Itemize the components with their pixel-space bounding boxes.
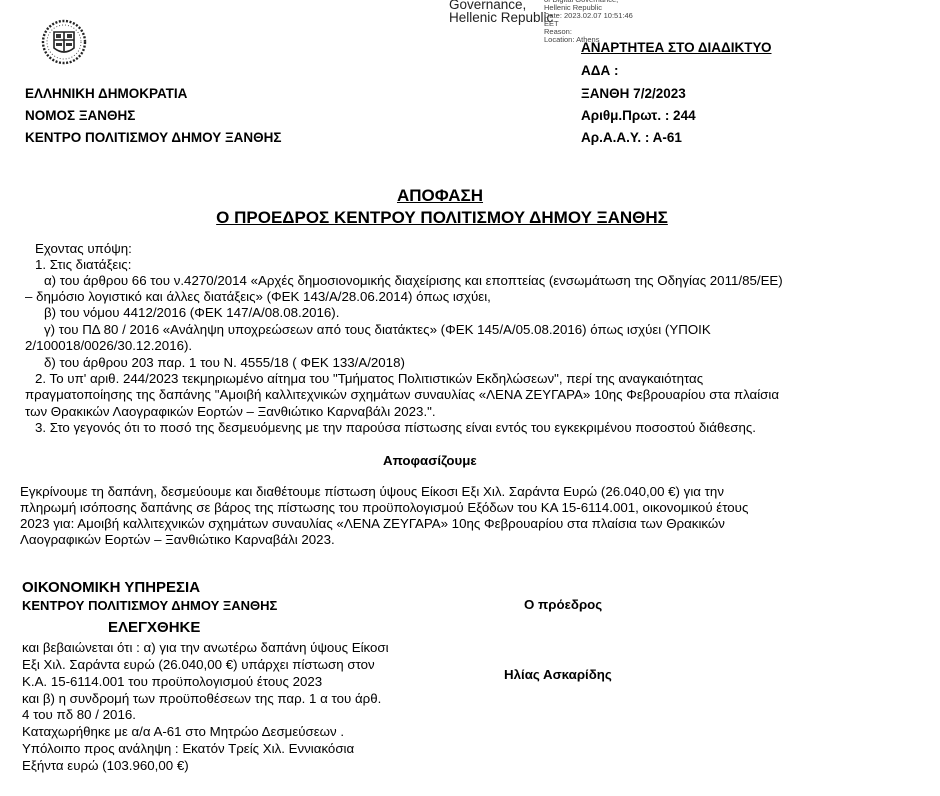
decision-line: 2023 για: Αμοιβή καλλιτεχνικών σχημάτων … (20, 516, 725, 531)
consideration-item: α) του άρθρου 66 του ν.4270/2014 «Αρχές … (44, 273, 783, 288)
stamp-issuer-line: Hellenic Republic (449, 11, 553, 24)
decision-line: Λαογραφικών Εορτών – Ξανθιώτικο Καρναβάλ… (20, 532, 335, 547)
aay-number: Αρ.Α.Α.Υ. : Α-61 (581, 130, 682, 145)
greek-state-emblem-icon (40, 18, 88, 66)
signature-stamp: Governance, Hellenic Republic (449, 0, 553, 24)
decision-line: Εγκρίνουμε τη δαπάνη, δεσμεύουμε και δια… (20, 484, 724, 499)
header-prefecture: ΝΟΜΟΣ ΞΑΝΘΗΣ (25, 108, 135, 123)
checked-label: ΕΛΕΓΧΘΗΚΕ (108, 619, 200, 636)
signature-details: of Digital Governance, Hellenic Republic… (544, 0, 633, 44)
consideration-item: 1. Στις διατάξεις: (35, 257, 131, 272)
signatory-role: Ο πρόεδρος (524, 597, 602, 612)
attestation-line: και βεβαιώνεται ότι : α) για την ανωτέρω… (22, 640, 389, 655)
ada-field: ΑΔΑ : (581, 63, 618, 78)
header-organization: ΚΕΝΤΡΟ ΠΟΛΙΤΙΣΜΟΥ ΔΗΜΟΥ ΞΑΝΘΗΣ (25, 130, 282, 145)
considerations-intro: Εχοντας υπόψη: (35, 241, 132, 256)
consideration-item: 2/100018/0026/30.12.2016). (25, 338, 192, 353)
consideration-item: δ) του άρθρου 203 παρ. 1 του Ν. 4555/18 … (44, 355, 405, 370)
attestation-line: 4 του πδ 80 / 2016. (22, 707, 136, 722)
decision-line: πληρωμή ισόποσης δαπάνης σε βάρος της πί… (20, 500, 748, 515)
signatory-name: Ηλίας Ασκαρίδης (504, 667, 612, 682)
attestation-line: Εξι Χιλ. Σαράντα ευρώ (26.040,00 €) υπάρ… (22, 657, 375, 672)
consideration-item: των Θρακικών Λαογραφικών Εορτών – Ξανθιώ… (25, 404, 436, 419)
finance-service-title: ΟΙΚΟΝΟΜΙΚΗ ΥΠΗΡΕΣΙΑ (22, 579, 200, 596)
consideration-item: γ) του ΠΔ 80 / 2016 «Ανάληψη υποχρεώσεων… (44, 322, 711, 337)
place-date: ΞΑΝΘΗ 7/2/2023 (581, 86, 686, 101)
attestation-line: Εξήντα ευρώ (103.960,00 €) (22, 758, 189, 773)
attestation-line: Υπόλοιπο προς ανάληψη : Εκατόν Τρείς Χιλ… (22, 741, 354, 756)
consideration-item: 2. Το υπ' αριθ. 244/2023 τεκμηριωμένο αί… (35, 371, 703, 386)
posting-notice: ΑΝΑΡΤΗΤΕΑ ΣΤΟ ΔΙΑΔΙΚΤΥΟ (581, 40, 772, 55)
finance-service-org: ΚΕΝΤΡΟΥ ΠΟΛΙΤΙΣΜΟΥ ΔΗΜΟΥ ΞΑΝΘΗΣ (22, 598, 277, 613)
consideration-item: – δημόσιο λογιστικό και άλλες διατάξεις»… (25, 289, 491, 304)
attestation-line: Καταχωρήθηκε με α/α Α-61 στο Μητρώο Δεσμ… (22, 724, 344, 739)
header-republic: ΕΛΛΗΝΙΚΗ ΔΗΜΟΚΡΑΤΙΑ (25, 86, 187, 101)
protocol-number: Αριθμ.Πρωτ. : 244 (581, 108, 696, 123)
decision-subtitle: Ο ΠΡΟΕΔΡΟΣ ΚΕΝΤΡΟΥ ΠΟΛΙΤΙΣΜΟΥ ΔΗΜΟΥ ΞΑΝΘ… (0, 208, 884, 228)
consideration-item: πραγματοποίησης της δαπάνης "Αμοιβή καλλ… (25, 387, 779, 402)
decision-title: ΑΠΟΦΑΣΗ (0, 186, 880, 206)
consideration-item: β) του νόμου 4412/2016 (ΦΕΚ 147/Α/08.08.… (44, 305, 339, 320)
decision-heading: Αποφασίζουμε (383, 453, 477, 468)
attestation-line: και β) η συνδρομή των προϋποθέσεων της π… (22, 691, 381, 706)
attestation-line: Κ.Α. 15-6114.001 του προϋπολογισμού έτου… (22, 674, 322, 689)
consideration-item: 3. Στο γεγονός ότι το ποσό της δεσμευόμε… (35, 420, 756, 435)
